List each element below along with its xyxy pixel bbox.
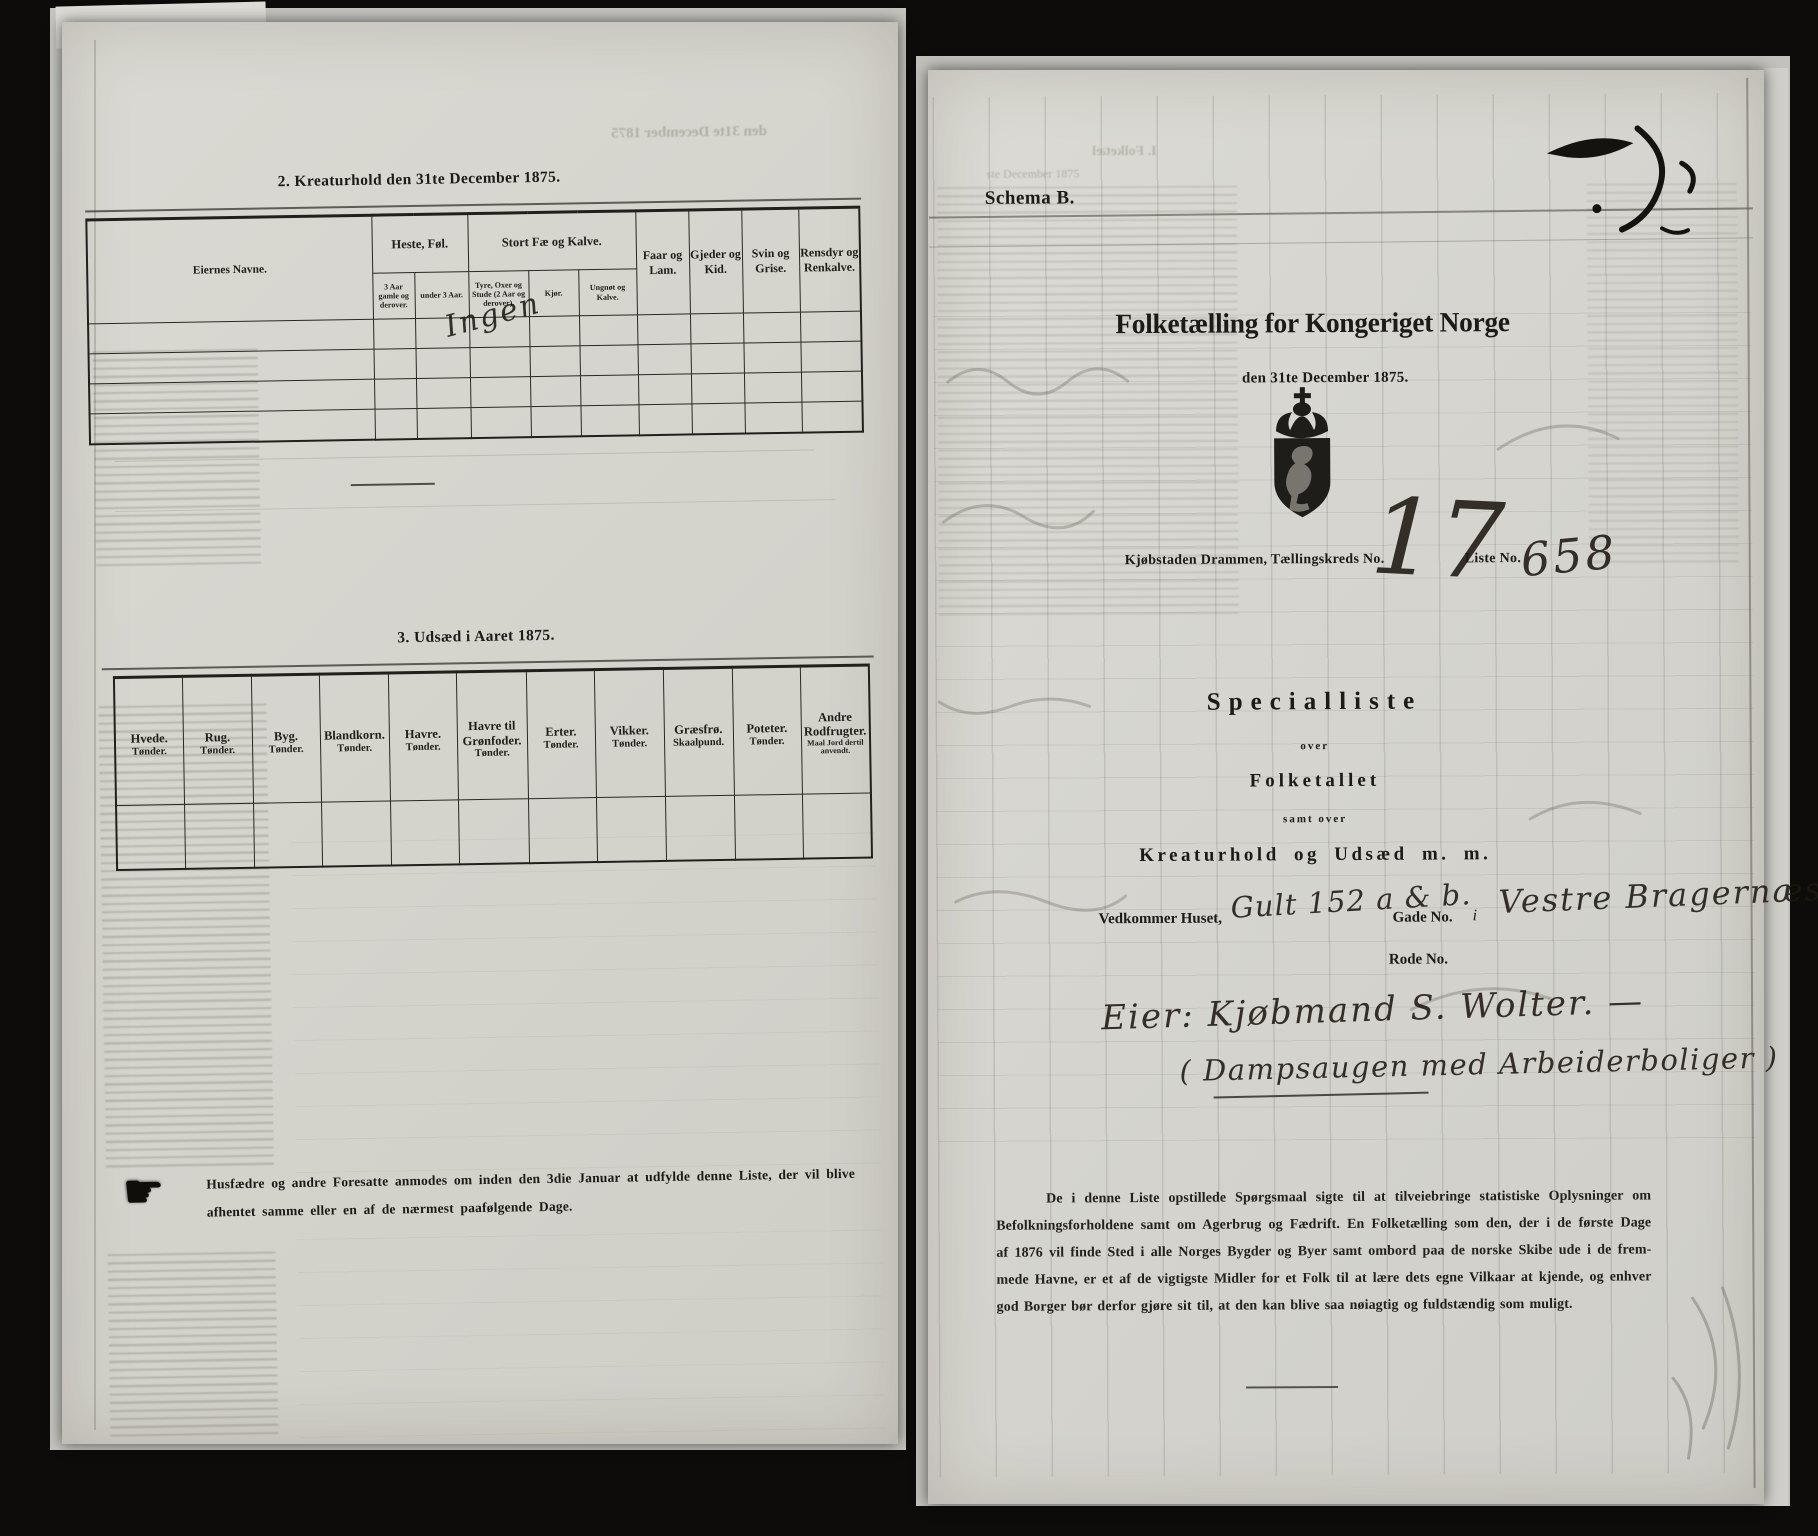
heading-folketallet: Folketallet — [1090, 769, 1540, 793]
list-label: Liste No. — [1465, 551, 1521, 567]
label-i: i — [1473, 907, 1478, 925]
heading-samt-over: samt over — [1090, 812, 1540, 826]
scanned-census-document: den 31te December 1875 2. Kreaturhold de… — [0, 0, 1818, 1536]
paragraph-line: Befolkningsforholdene samt om Agerbrug o… — [996, 1209, 1651, 1239]
main-title: Folketælling for Kongeriget Norge — [994, 306, 1631, 341]
label-vedkommer-huset: Vedkommer Huset, — [1099, 911, 1222, 929]
schema-label: Schema B. — [985, 187, 1075, 209]
paragraph-line: De i denne Liste opstillede Spørgsmaal s… — [996, 1182, 1651, 1212]
district-value-handwritten: 17 — [1368, 484, 1506, 595]
heading-specialliste: Specialliste — [1089, 687, 1539, 717]
paragraph-line: af 1876 vil finde Sted i alle Norges Byg… — [996, 1236, 1651, 1266]
label-gade-no: Gade No. — [1393, 909, 1453, 926]
district-label: Tællingskreds No. — [1271, 552, 1385, 569]
paragraph-line: god Borger bør derfor gjøre sit til, at … — [997, 1290, 1652, 1320]
paragraph-line: mede Havne, er et af de vigtigste Midler… — [996, 1263, 1651, 1293]
list-value-handwritten: 658 — [1519, 528, 1620, 583]
bleed-through-header2: ste December 1875 — [987, 166, 1080, 181]
norway-coat-of-arms — [1260, 386, 1345, 520]
bleed-through-header: I. Folketæl — [997, 144, 1157, 161]
main-subtitle: den 31te December 1875. — [1188, 369, 1463, 387]
heading-over: over — [1090, 739, 1540, 753]
instruction-paragraph: De i denne Liste opstillede Spørgsmaal s… — [996, 1182, 1652, 1320]
ink-scribble — [1541, 108, 1712, 259]
location-city: Kjøbstaden Drammen, — [1125, 552, 1268, 569]
label-rode-no: Rode No. — [1389, 951, 1448, 968]
heading-kreaturhold: Kreaturhold og Udsæd m. m. — [1040, 843, 1590, 868]
